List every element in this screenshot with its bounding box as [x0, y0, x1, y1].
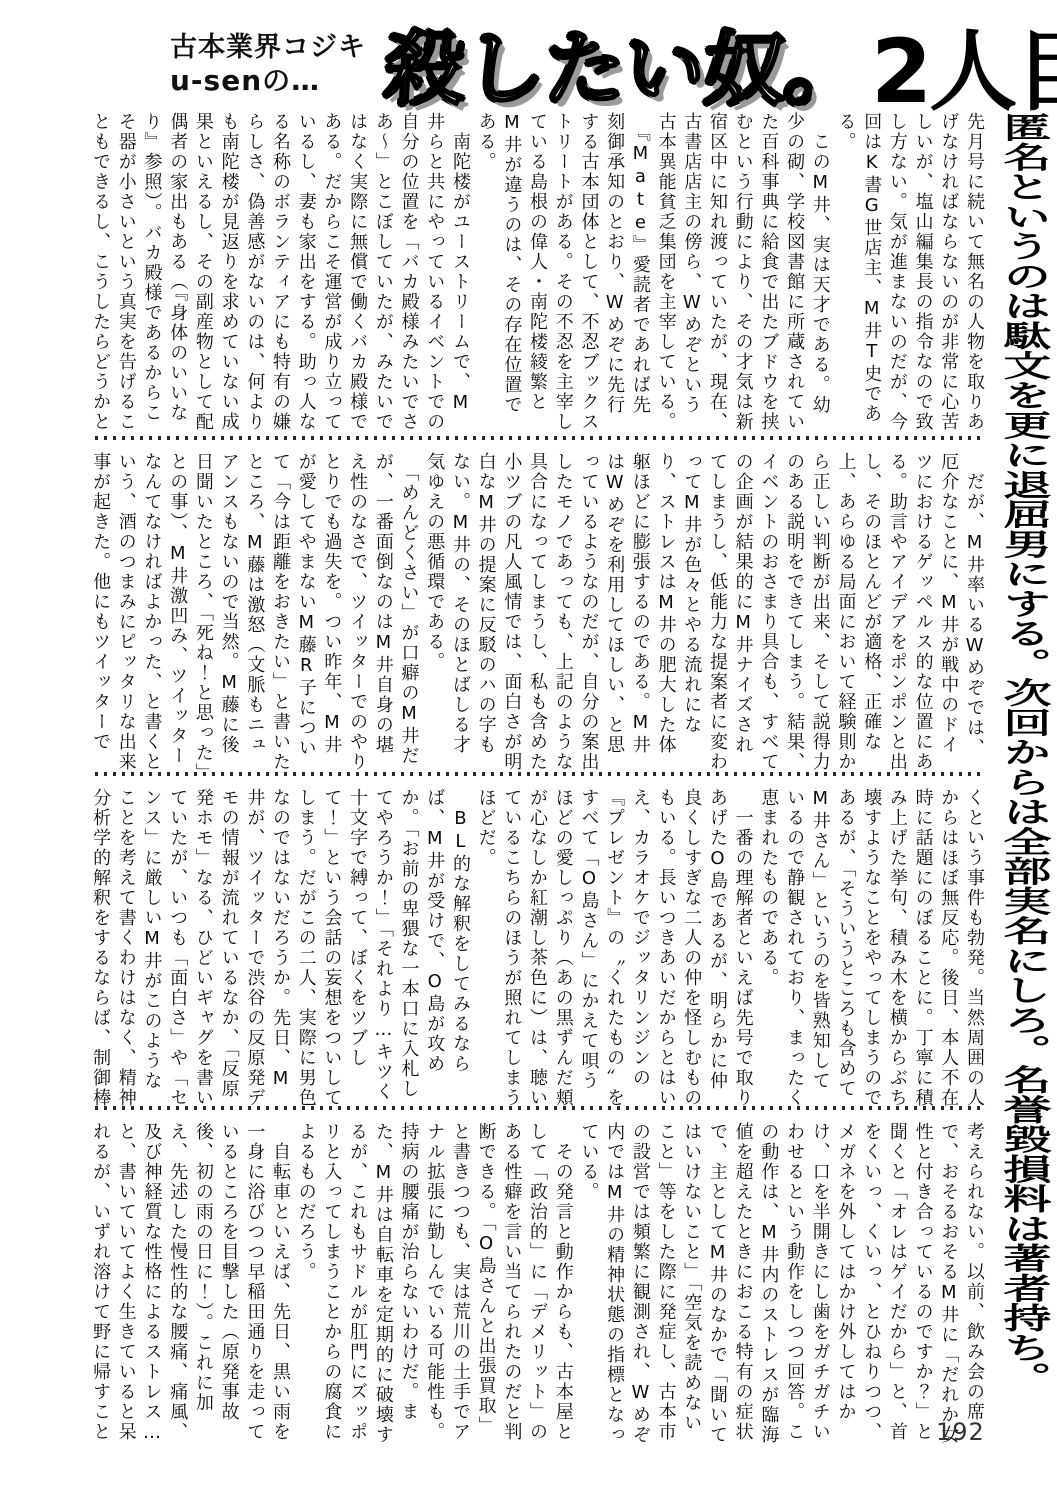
magazine-page: 古本業界コジキ u-senの… 殺したい奴。 2人目 匿名というのは駄文を更に退…: [0, 0, 1057, 1500]
paragraph: 先月号に続いて無名の人物を取りあげなければならないのが非常に心苦しいが、塩山編集…: [833, 112, 987, 434]
paragraph: BL的な解釈をしてみるならば、M井が受けで、O島が攻めか。「お前の卑猥な一本口に…: [85, 788, 473, 1110]
dotted-separator: [95, 436, 983, 440]
paragraph: だが、M井率いるWめぞでは、厄介なことに、M井が戦中のドイツにおけるゲッペルス的…: [422, 452, 987, 774]
paragraph: 南陀楼がユーストリームで、M井らと共にやっているイベントでの自分の位置を「バカ殿…: [85, 112, 473, 434]
paragraph: 一番の理解者といえば先号で取りあげたO島であるが、明らかに仲良くしすぎな二人の仲…: [473, 788, 756, 1110]
paragraph: 考えられない。以前、飲み会の席で、おそるおそるM井に「だれか女性と付き合っている…: [576, 1122, 987, 1452]
text-band-4: 考えられない。以前、飲み会の席で、おそるおそるM井に「だれか女性と付き合っている…: [85, 1122, 987, 1452]
dotted-separator: [95, 1106, 983, 1110]
paragraph: 自転車といえば、先日、黒い雨を一身に浴びつつ早稲田通りを走っているところを目撃し…: [85, 1122, 293, 1452]
paragraph: くという事件も勃発。当然周囲の人からはほぼ無反応。後日、本人不在時に話題にのぼる…: [756, 788, 987, 1110]
article-title-suffix: 2人目: [871, 28, 1057, 116]
kicker-line-1: 古本業界コジキ: [170, 32, 400, 64]
paragraph: 『Mate』愛読者であれば先刻御承知のとおり、Wめぞに先行する古本団体として、不…: [473, 112, 653, 434]
text-band-2: だが、M井率いるWめぞでは、厄介なことに、M井が戦中のドイツにおけるゲッペルス的…: [85, 452, 987, 774]
dotted-separator: [95, 772, 983, 776]
kicker-line-2: u-senの…: [170, 64, 400, 98]
article-title-main: 殺したい奴。: [383, 24, 868, 116]
article-kicker: 古本業界コジキ u-senの…: [170, 32, 400, 98]
paragraph: その発言と動作からも、古本屋として「政治的」に「デメリット」のある性癖を言い当て…: [293, 1122, 576, 1452]
text-band-1: 先月号に続いて無名の人物を取りあげなければならないのが非常に心苦しいが、塩山編集…: [85, 112, 987, 434]
paragraph: 「めんどくさい」が口癖のM井だが、一番面倒なのはM井自身の堪え性のなさで、ツイッ…: [85, 452, 422, 774]
page-number: 192: [936, 1418, 985, 1446]
text-band-3: くという事件も勃発。当然周囲の人からはほぼ無反応。後日、本人不在時に話題にのぼる…: [85, 788, 987, 1110]
article-title: 殺したい奴。 2人目: [385, 6, 1057, 116]
vertical-headline: 匿名というのは駄文を更に退屈男にする。次回からは全部実名にしろ。名誉毀損料は著者…: [988, 112, 1054, 918]
paragraph: このM井、実は天才である。幼少の砌、学校図書館に所蔵されていた百科事典に給食で出…: [653, 112, 833, 434]
